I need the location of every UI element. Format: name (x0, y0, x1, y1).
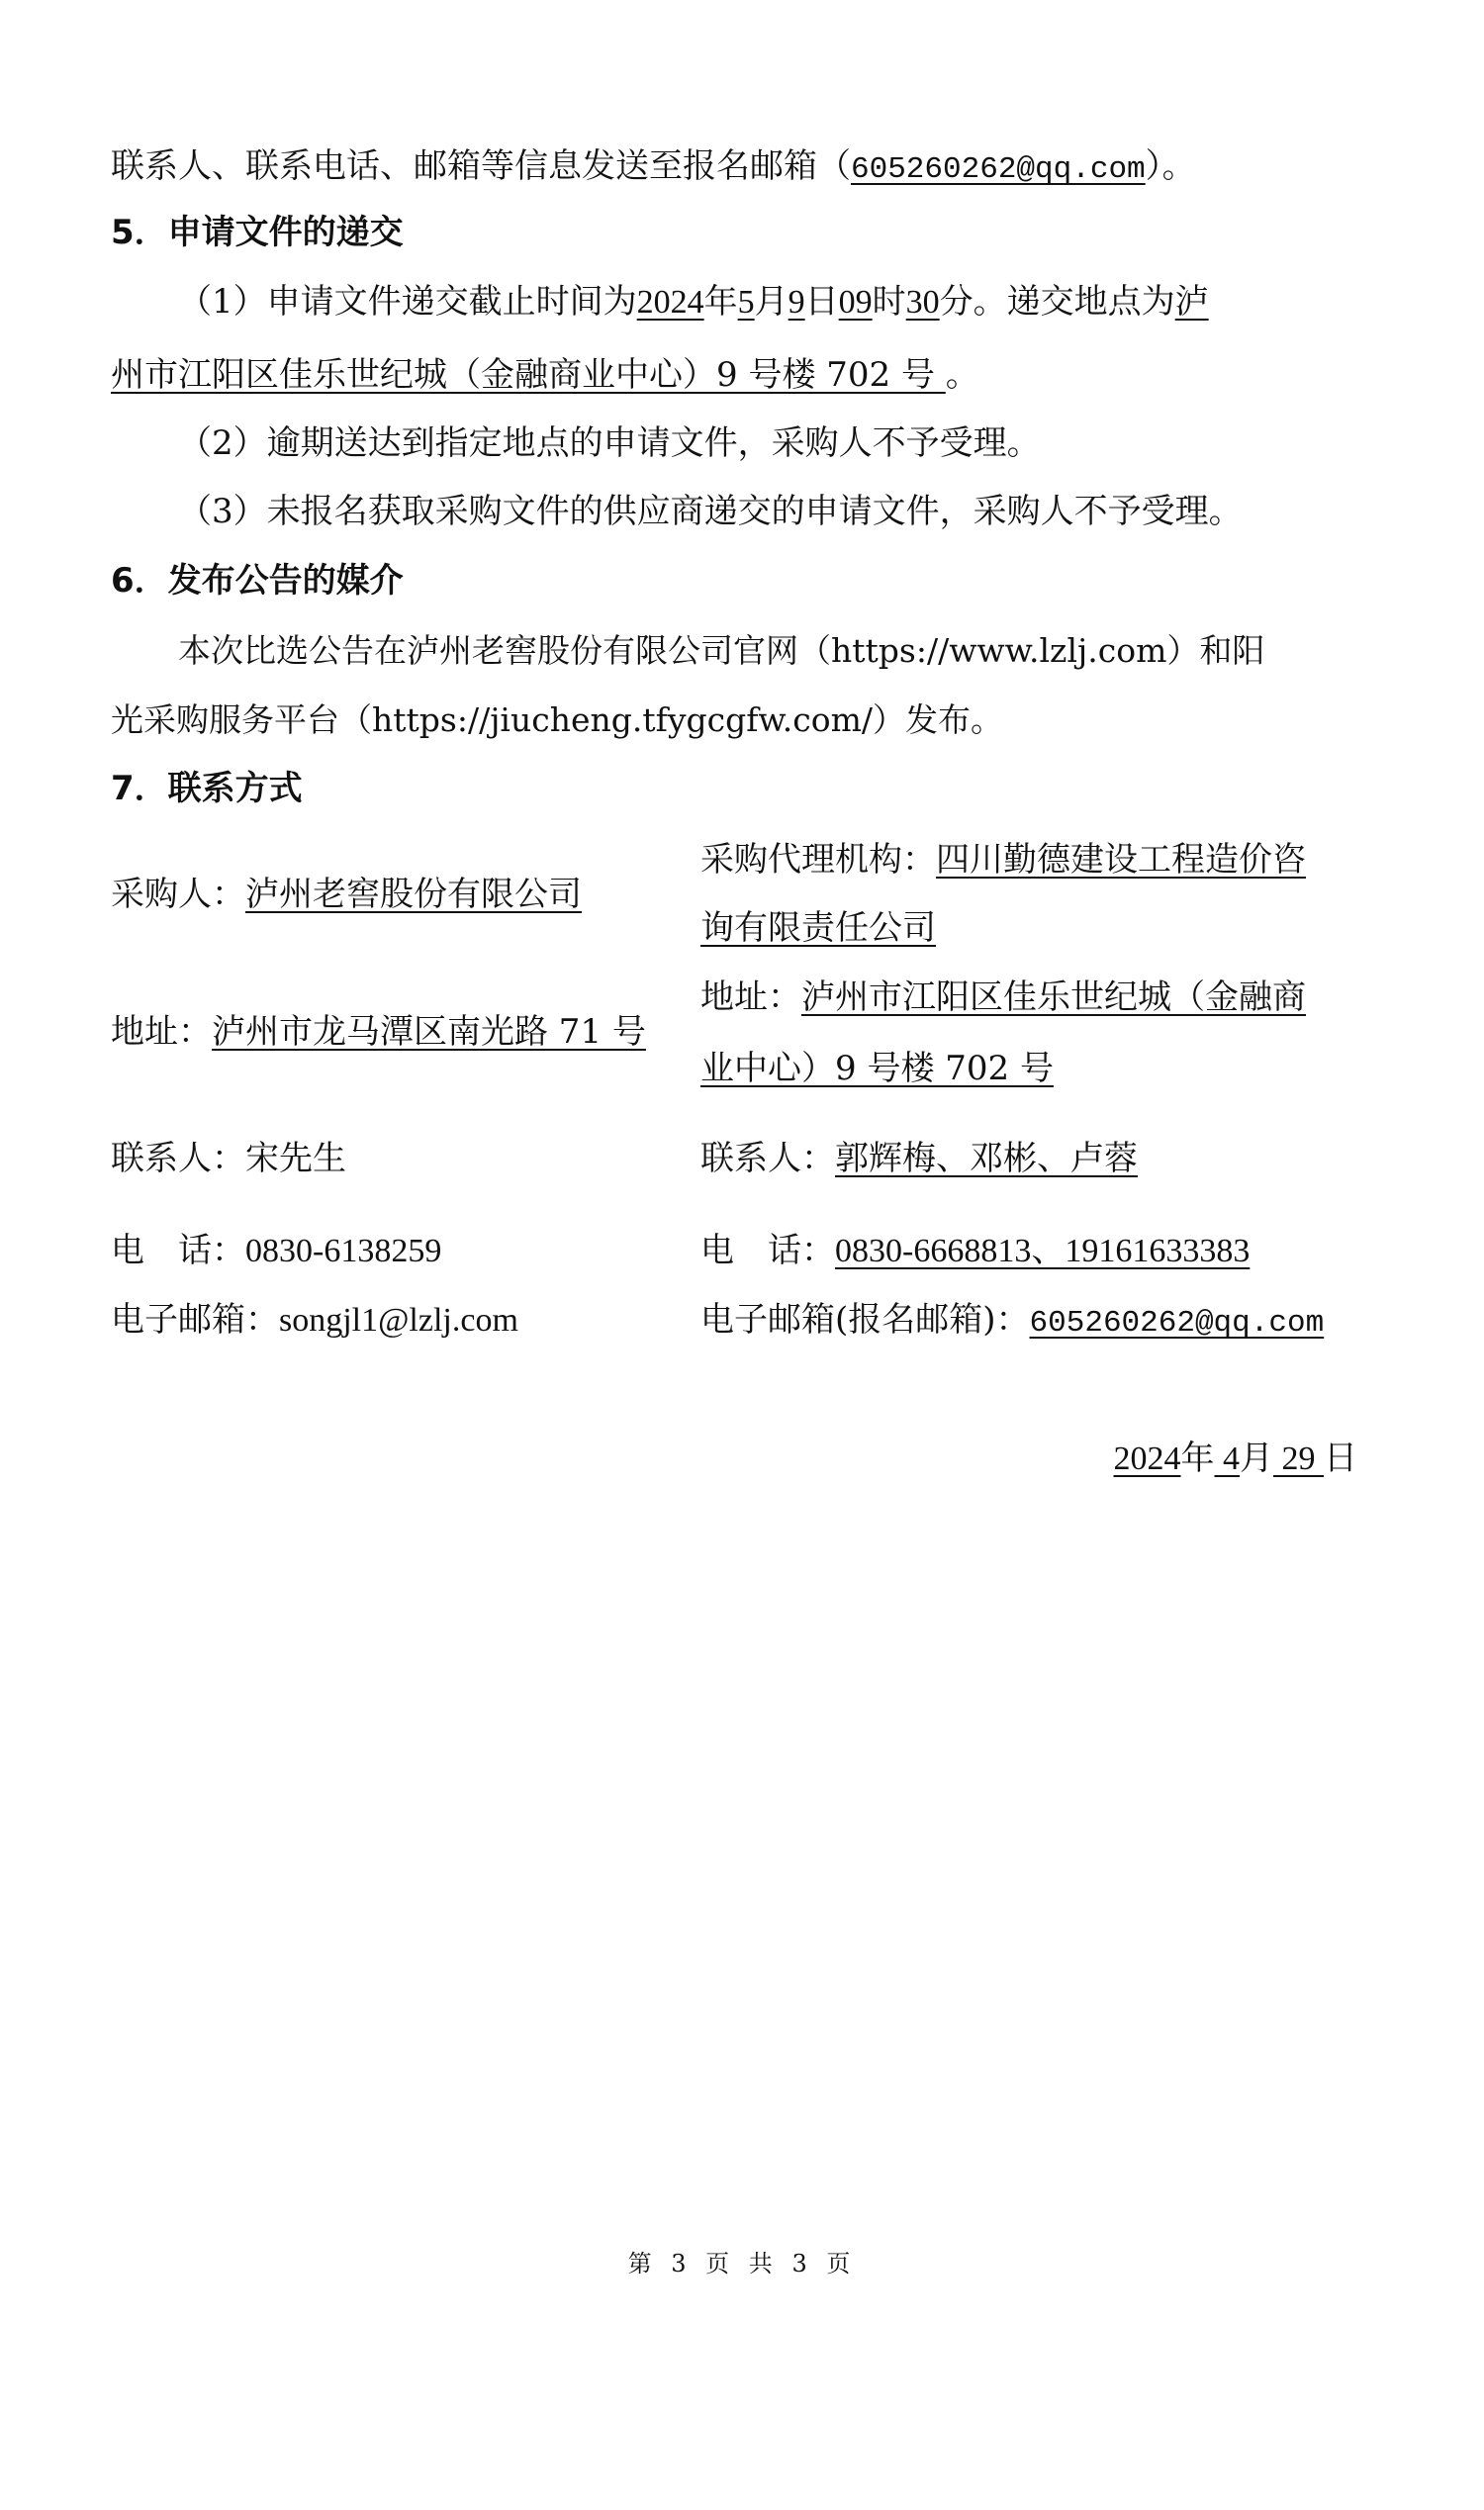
date-day-char: 日 (1324, 1439, 1357, 1478)
location-start: 泸 (1175, 282, 1209, 322)
purchaser-address: 泸州市龙马潭区南光路 71 号 (212, 1012, 646, 1052)
agency-email-label: 电子邮箱(报名邮箱)： (700, 1300, 1030, 1340)
deadline-hour: 09 (839, 284, 873, 321)
deadline-minute: 30 (906, 284, 940, 321)
purchaser-phone-label: 电 话： (111, 1231, 245, 1270)
agency-label: 采购代理机构： (700, 840, 936, 880)
agency-address-part1: 泸州市江阳区佳乐世纪城（金融商 (801, 977, 1306, 1017)
agency-contact-row: 联系人：郭辉梅、邓彬、卢蓉 (700, 1137, 1138, 1180)
purchaser-contact: 宋先生 (245, 1139, 346, 1178)
purchaser-contact-row: 联系人：宋先生 (111, 1137, 346, 1180)
agency-contact: 郭辉梅、邓彬、卢蓉 (835, 1139, 1138, 1178)
agency-contact-label: 联系人： (700, 1139, 835, 1178)
deadline-year: 2024 (637, 284, 704, 321)
section5-item2: （2）逾期送达到指定地点的申请文件，采购人不予受理。 (178, 421, 1041, 465)
purchaser-phone-row: 电 话：0830-6138259 (111, 1229, 441, 1273)
agency-address-part2: 业中心）9 号楼 702 号 (700, 1049, 1054, 1088)
agency-phone-label: 电 话： (700, 1231, 835, 1270)
purchaser-contact-label: 联系人： (111, 1139, 245, 1178)
section6-line2: 光采购服务平台（https://jiucheng.tfygcgfw.com/）发… (111, 698, 1003, 742)
intro-text: 联系人、联系电话、邮箱等信息发送至报名邮箱（ (111, 146, 851, 186)
agency-phone: 0830-6668813、19161633383 (835, 1233, 1250, 1269)
date-year: 2024 (1114, 1441, 1181, 1477)
purchaser-name: 泸州老窖股份有限公司 (245, 875, 582, 914)
agency-address-row1: 地址：泸州市江阳区佳乐世纪城（金融商 (700, 976, 1306, 1019)
purchaser-label: 采购人： (111, 875, 245, 914)
section5-item3: （3）未报名获取采购文件的供应商递交的申请文件，采购人不予受理。 (178, 490, 1243, 533)
document-date: 2024年 4月 29 日 (1114, 1437, 1358, 1481)
location-end: 。 (946, 355, 979, 395)
intro-line: 联系人、联系电话、邮箱等信息发送至报名邮箱（605260262@qq.com）。 (111, 144, 1196, 192)
purchaser-email-row: 电子邮箱：songjl1@lzlj.com (111, 1298, 518, 1343)
date-year-char: 年 (1181, 1439, 1215, 1478)
section7-heading: 7．联系方式 (111, 767, 303, 810)
date-month-char: 月 (1240, 1439, 1273, 1478)
agency-address-label: 地址： (700, 977, 801, 1017)
deadline-month: 5 (738, 284, 755, 321)
agency-name-row1: 采购代理机构：四川勤德建设工程造价咨 (700, 838, 1306, 882)
section5-item1-line2: 州市江阳区佳乐世纪城（金融商业中心）9 号楼 702 号 。 (111, 353, 979, 397)
page-number-footer: 第 3 页 共 3 页 (0, 2244, 1484, 2278)
date-day: 29 (1273, 1441, 1324, 1477)
agency-name-row2: 询有限责任公司 (700, 906, 936, 950)
agency-address-row2: 业中心）9 号楼 702 号 (700, 1047, 1054, 1090)
agency-email: 605260262@qq.com (1030, 1306, 1325, 1341)
day-char: 日 (805, 282, 839, 322)
purchaser-name-row: 采购人：泸州老窖股份有限公司 (111, 873, 582, 916)
hour-char: 时 (873, 282, 906, 322)
agency-phone-row: 电 话：0830-6668813、19161633383 (700, 1229, 1250, 1273)
section5-heading: 5．申请文件的递交 (111, 211, 404, 254)
intro-suffix: ）。 (1146, 146, 1196, 186)
registration-email: 605260262@qq.com (851, 152, 1146, 187)
purchaser-email: songjl1@lzlj.com (279, 1302, 518, 1339)
purchaser-address-label: 地址： (111, 1012, 212, 1052)
purchaser-address-row: 地址：泸州市龙马潭区南光路 71 号 (111, 1010, 646, 1054)
minute-char: 分。递交地点为 (940, 282, 1175, 322)
agency-name-part1: 四川勤德建设工程造价咨 (936, 840, 1306, 880)
agency-name-part2: 询有限责任公司 (700, 908, 936, 948)
section5-item1-line1: （1）申请文件递交截止时间为2024年5月9日09时30分。递交地点为泸 (178, 280, 1209, 325)
section6-line1: 本次比选公告在泸州老窖股份有限公司官网（https://www.lzlj.com… (178, 629, 1264, 673)
submission-location: 州市江阳区佳乐世纪城（金融商业中心）9 号楼 702 号 (111, 355, 946, 395)
date-month: 4 (1215, 1441, 1241, 1477)
deadline-day: 9 (788, 284, 805, 321)
year-char: 年 (704, 282, 738, 322)
deadline-label: （1）申请文件递交截止时间为 (178, 282, 637, 322)
agency-email-row: 电子邮箱(报名邮箱)：605260262@qq.com (700, 1298, 1324, 1346)
purchaser-phone: 0830-6138259 (245, 1233, 441, 1269)
month-char: 月 (755, 282, 788, 322)
section6-heading: 6．发布公告的媒介 (111, 559, 404, 603)
purchaser-email-label: 电子邮箱： (111, 1300, 279, 1340)
